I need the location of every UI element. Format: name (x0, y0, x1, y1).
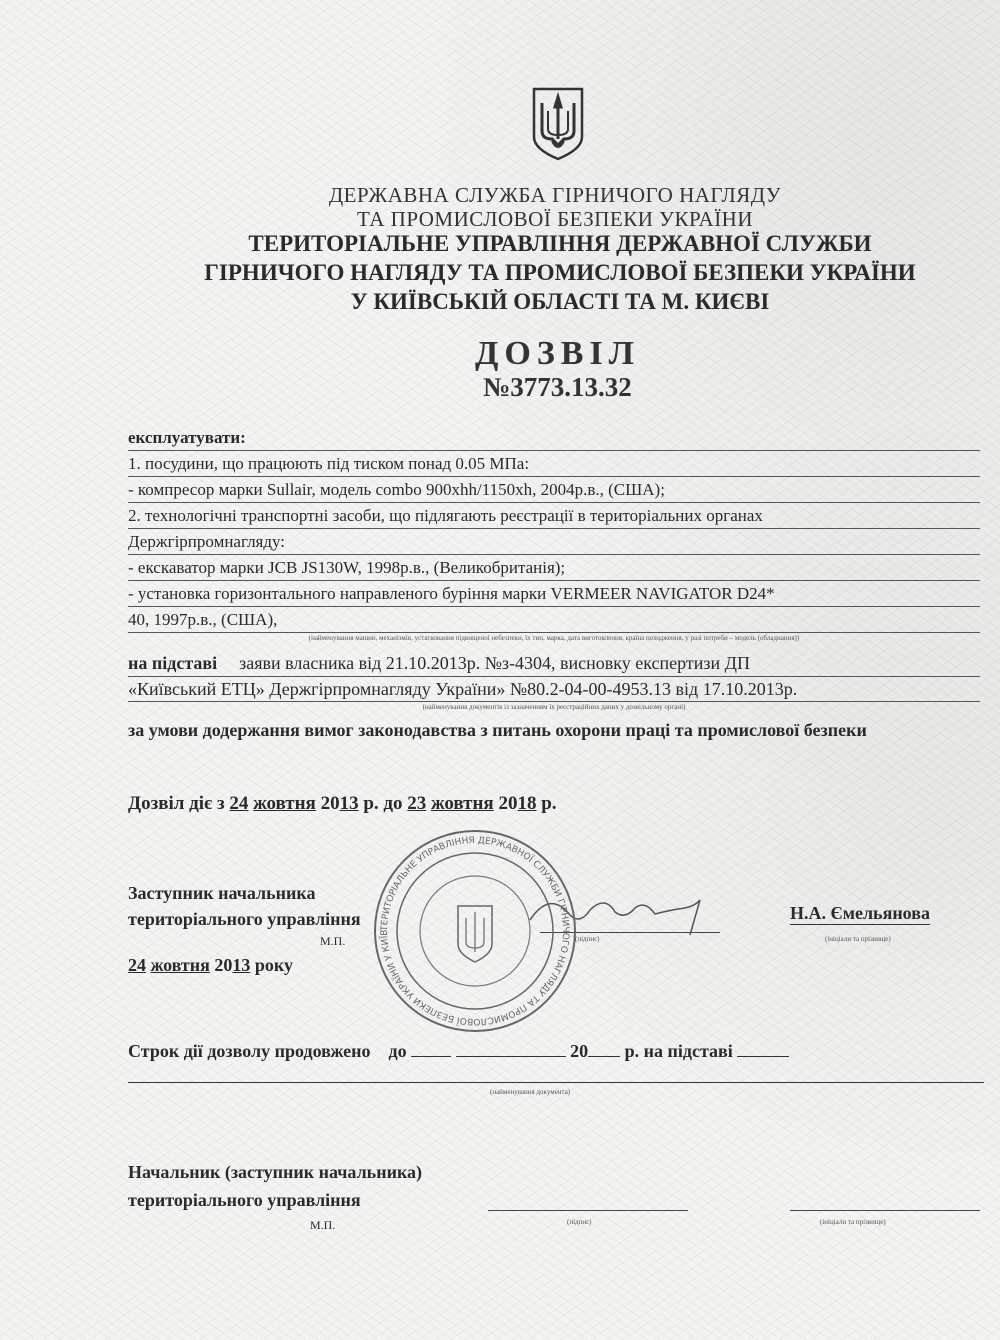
chief-signature-caption: (підпис) (567, 1218, 592, 1226)
permit-line: - компресор марки Sullair, модель combo … (128, 477, 980, 503)
extension-basis-label: на підставі (644, 1041, 733, 1061)
basis-text-line1: заяви власника від 21.10.2013р. №з-4304,… (239, 653, 750, 673)
signature-date-suffix: року (255, 955, 293, 975)
validity-prefix: Дозвіл діє з (128, 793, 225, 814)
territorial-office-line2: ГІРНИЧОГО НАГЛЯДУ ТА ПРОМИСЛОВОЇ БЕЗПЕКИ… (0, 260, 1000, 286)
chief-name-field[interactable] (790, 1210, 980, 1211)
ukraine-coat-of-arms-icon (528, 85, 588, 163)
basis-caption: (найменування документів із зазначенням … (128, 702, 980, 712)
extension-year-field[interactable] (588, 1040, 620, 1057)
signatory-position-line1: Заступник начальника (128, 880, 361, 906)
valid-to-year-prefix: 20 (498, 793, 517, 814)
extension-year-prefix: 20 (570, 1041, 588, 1061)
permit-line: Держгірпромнагляду: (128, 529, 980, 555)
extension-basis-field[interactable] (737, 1040, 789, 1057)
extension-day-field[interactable] (411, 1040, 451, 1057)
chief-position: Начальник (заступник начальника) територ… (128, 1158, 422, 1214)
valid-from-month: жовтня (253, 793, 316, 814)
basis-label: на підставі (128, 653, 217, 673)
territorial-office-line1: ТЕРИТОРІАЛЬНЕ УПРАВЛІННЯ ДЕРЖАВНОЇ СЛУЖБ… (0, 231, 1000, 257)
chief-name-caption: (ініціали та прізвище) (820, 1218, 886, 1226)
basis-text-line2: «Київський ЕТЦ» Держгірпромнагляду Украї… (128, 677, 980, 702)
permit-number: №3773.13.32 (0, 372, 1000, 403)
chief-position-line1: Начальник (заступник начальника) (128, 1158, 422, 1186)
signature-date-day: 24 (128, 955, 146, 975)
validity-year-label: р. (541, 793, 556, 814)
validity-period: Дозвіл діє з 24 жовтня 2013 р. до 23 жов… (128, 793, 557, 815)
agency-name-line2: ТА ПРОМИСЛОВОЇ БЕЗПЕКИ УКРАЇНИ (0, 207, 1000, 232)
permit-line: - екскаватор марки JCB JS130W, 1998р.в.,… (128, 555, 980, 581)
valid-to-month: жовтня (431, 793, 494, 814)
extension-month-field[interactable] (456, 1040, 566, 1057)
extension-document-field[interactable] (128, 1082, 984, 1083)
valid-from-day: 24 (229, 793, 248, 814)
signature-date-year-suffix: 13 (232, 955, 250, 975)
permit-line: експлуатувати: (128, 425, 980, 451)
valid-from-year-prefix: 20 (321, 793, 340, 814)
permit-line: 2. технологічні транспортні засоби, що п… (128, 503, 980, 529)
permit-items: експлуатувати: 1. посудини, що працюють … (128, 425, 980, 643)
chief-signature-field[interactable] (488, 1210, 688, 1211)
validity-to-label: р. до (363, 793, 402, 814)
signature-date-month: жовтня (151, 955, 210, 975)
basis-section: на підставізаяви власника від 21.10.2013… (128, 650, 980, 712)
valid-from-year-suffix: 13 (340, 793, 359, 814)
condition-text: за умови додержання вимог законодавства … (128, 717, 980, 743)
valid-to-day: 23 (407, 793, 426, 814)
permit-line: 40, 1997р.в., (США), (128, 607, 980, 633)
extension-year-label: р. (625, 1041, 640, 1061)
signature-date: 24 жовтня 2013 року (128, 955, 293, 976)
signatory-position: Заступник начальника територіального упр… (128, 880, 361, 932)
signatory-position-line2: територіального управління (128, 906, 361, 932)
permit-line: 1. посудини, що працюють під тиском пона… (128, 451, 980, 477)
extension-to-label: до (389, 1041, 407, 1061)
extension-document-caption: (найменування документа) (490, 1088, 570, 1096)
chief-seal-place-label: М.П. (310, 1218, 335, 1233)
seal-place-label: М.П. (320, 934, 345, 949)
chief-position-line2: територіального управління (128, 1186, 422, 1214)
official-stamp: ТЕРИТОРІАЛЬНЕ УПРАВЛІННЯ ДЕРЖАВНОЇ СЛУЖБ… (370, 826, 580, 1036)
permit-line: - установка горизонтального направленого… (128, 581, 980, 607)
document-title: ДОЗВІЛ (0, 335, 1000, 373)
valid-to-year-suffix: 18 (517, 793, 536, 814)
permit-items-caption: (найменування машин, механізмів, устатко… (128, 633, 980, 643)
signer-name-caption: (ініціали та прізвище) (825, 935, 891, 943)
extension-label: Строк дії дозволу продовжено (128, 1041, 371, 1061)
signature-date-year-prefix: 20 (214, 955, 232, 975)
agency-name-line1: ДЕРЖАВНА СЛУЖБА ГІРНИЧОГО НАГЛЯДУ (0, 183, 1000, 208)
extension-line: Строк дії дозволу продовжено до 20 р. на… (128, 1040, 789, 1062)
territorial-office-line3: У КИЇВСЬКІЙ ОБЛАСТІ ТА М. КИЄВІ (0, 289, 1000, 315)
signer-name: Н.А. Ємельянова (790, 903, 930, 925)
